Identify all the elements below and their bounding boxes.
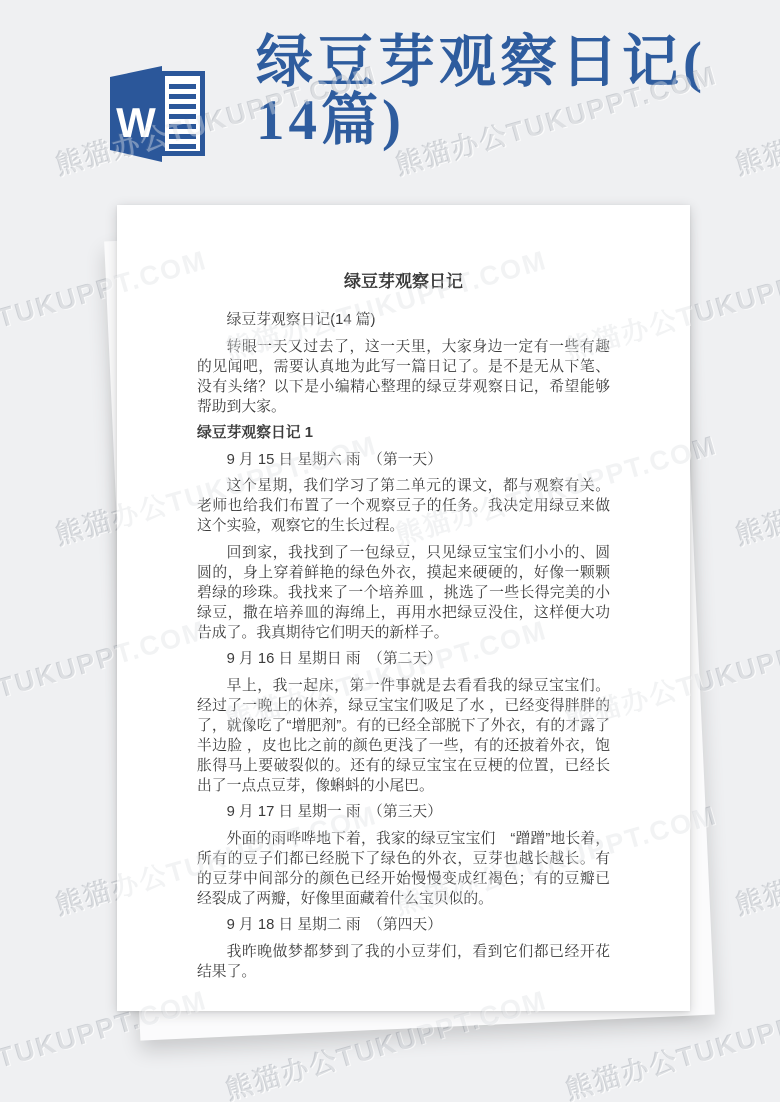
word-icon: W	[104, 60, 208, 166]
paragraph: 这个星期，我们学习了第二单元的课文，都与观察有关。老师也给我们布置了一个观察豆子…	[197, 476, 610, 536]
watermark-text: 熊猫办公TUKUPPT.COM	[730, 793, 780, 922]
paragraph: 9 月 17 日 星期一 雨 （第三天）	[197, 802, 610, 822]
document-body: 绿豆芽观察日记(14 篇)转眼一天又过去了，这一天里，大家身边一定有一些有趣的见…	[197, 310, 610, 982]
paragraph: 绿豆芽观察日记(14 篇)	[197, 310, 610, 330]
watermark-text: 熊猫办公TUKUPPT.COM	[730, 423, 780, 552]
page-title-line: 14篇)	[256, 92, 736, 150]
watermark-text: 熊猫办公TUKUPPT.COM	[730, 423, 780, 552]
section-heading: 绿豆芽观察日记 1	[197, 423, 610, 443]
page-title-line: 绿豆芽观察日记(	[256, 34, 736, 92]
page-title: 绿豆芽观察日记(14篇)	[256, 34, 736, 150]
paragraph: 早上，我一起床，第一件事就是去看看我的绿豆宝宝们。 经过了一晚上的休养，绿豆宝宝…	[197, 676, 610, 796]
paragraph: 外面的雨哗哗地下着，我家的绿豆宝宝们 “蹭蹭”地长着，所有的豆子们都已经脱下了绿…	[197, 829, 610, 909]
document-page: 绿豆芽观察日记 绿豆芽观察日记(14 篇)转眼一天又过去了，这一天里，大家身边一…	[117, 205, 690, 1011]
paragraph: 9 月 16 日 星期日 雨 （第二天）	[197, 649, 610, 669]
document-title: 绿豆芽观察日记	[197, 267, 610, 292]
header: W 绿豆芽观察日记(14篇)	[0, 0, 780, 205]
word-icon-letter: W	[116, 99, 156, 146]
watermark-text: 熊猫办公TUKUPPT.COM	[730, 793, 780, 922]
paragraph: 9 月 15 日 星期六 雨 （第一天）	[197, 450, 610, 470]
paragraph: 我昨晚做梦都梦到了我的小豆芽们，看到它们都已经开花结果了。	[197, 942, 610, 982]
paragraph: 转眼一天又过去了，这一天里，大家身边一定有一些有趣的见闻吧，需要认真地为此写一篇…	[197, 337, 610, 417]
paragraph: 9 月 18 日 星期二 雨 （第四天）	[197, 915, 610, 935]
paragraph: 回到家，我找到了一包绿豆，只见绿豆宝宝们小小的、圆圆的，身上穿着鲜艳的绿色外衣，…	[197, 543, 610, 643]
